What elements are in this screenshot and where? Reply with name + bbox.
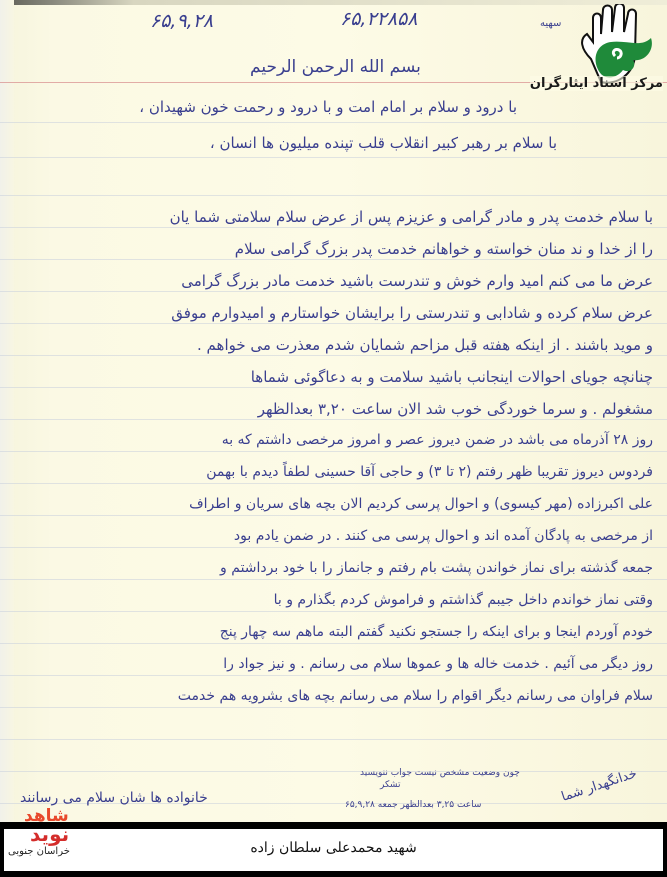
scan-edge bbox=[0, 0, 667, 5]
ruled-line bbox=[0, 611, 667, 612]
ruled-line bbox=[0, 122, 667, 123]
letter-line: روز دیگر می آئیم . خدمت خاله ها و عموها … bbox=[223, 656, 653, 672]
letter-scan: ۶۵,۹,۲۸ ۶۵,۲۲۸۵۸ سهیه بسم الله الرحمن ال… bbox=[0, 0, 667, 822]
reference-note: سهیه bbox=[540, 18, 561, 29]
site-logo: شاهد نوید خراسان جنوبی bbox=[4, 800, 86, 875]
letter-line: از مرخصی به پادگان آمده اند و احوال پرسی… bbox=[234, 528, 653, 544]
site-logo-line2: نوید bbox=[30, 822, 69, 846]
paper-margin bbox=[0, 0, 14, 822]
margin-note: تشکر bbox=[380, 780, 400, 790]
letter-line: روز ۲۸ آذرماه می باشد در ضمن دیروز عصر و… bbox=[222, 432, 653, 448]
letter-line: وقتی نماز خواندم داخل جیبم گذاشتم و فرام… bbox=[274, 592, 653, 608]
ruled-line bbox=[0, 739, 667, 740]
letter-line: عرض ما می کنم امید وارم خوش و تندرست باش… bbox=[181, 272, 653, 290]
ruled-line bbox=[0, 323, 667, 324]
archive-logo-caption: مرکز اسناد ایثارگران bbox=[530, 76, 663, 91]
letter-line: فردوس دیروز تقریبا ظهر رفتم (۲ تا ۳) و ح… bbox=[206, 464, 653, 480]
letter-line: را از خدا و ند منان خواسته و خواهانم خدم… bbox=[235, 240, 653, 258]
ruled-line bbox=[0, 707, 667, 708]
ruled-line bbox=[0, 259, 667, 260]
martyr-name-caption: شهید محمدعلی سلطان زاده bbox=[0, 840, 667, 856]
letter-line: با درود و سلام بر امام امت و با درود و ر… bbox=[139, 98, 517, 116]
letter-opening: بسم الله الرحمن الرحیم bbox=[250, 57, 421, 77]
ruled-line bbox=[0, 483, 667, 484]
ruled-line bbox=[0, 451, 667, 452]
ruled-line bbox=[0, 195, 667, 196]
letter-line: عرض سلام کرده و شادابی و تندرستی را برای… bbox=[171, 304, 653, 322]
closing-note: خدانگهدار شما bbox=[560, 766, 639, 805]
letter-line: سلام فراوان می رسانم دیگر اقوام را سلام … bbox=[178, 688, 653, 704]
letter-line: علی اکبرزاده (مهر کیسوی) و احوال پرسی کر… bbox=[189, 496, 653, 512]
margin-note: چون وضعیت مشخص نیست جواب ننویسید bbox=[360, 768, 520, 778]
ruled-line bbox=[0, 643, 667, 644]
letter-line: خودم آوردم اینجا و برای اینکه را جستجو ن… bbox=[220, 624, 653, 640]
ruled-line bbox=[0, 291, 667, 292]
ruled-line bbox=[0, 419, 667, 420]
ruled-line bbox=[0, 579, 667, 580]
letter-line: چنانچه جویای احوالات اینجانب باشید سلامت… bbox=[251, 368, 653, 386]
letter-line: جمعه گذشته برای نماز خواندن پشت بام رفتم… bbox=[220, 560, 653, 576]
ruled-line bbox=[0, 355, 667, 356]
ruled-line bbox=[0, 515, 667, 516]
letter-line: مشغولم . و سرما خوردگی خوب شد الان ساعت … bbox=[258, 400, 653, 418]
letter-line: با سلام بر رهبر کبیر انقلاب قلب تپنده می… bbox=[210, 134, 557, 152]
margin-note: ساعت ۳,۲۵ بعدالظهر جمعه ۶۵,۹,۲۸ bbox=[345, 800, 481, 810]
ruled-line bbox=[0, 675, 667, 676]
ruled-line bbox=[0, 157, 667, 158]
letter-line: و موید باشند . از اینکه هفته قبل مزاحم ش… bbox=[197, 336, 653, 354]
letter-line: با سلام خدمت پدر و مادر گرامی و عزیزم پس… bbox=[170, 208, 653, 226]
ruled-line bbox=[0, 771, 667, 772]
ruled-line bbox=[0, 547, 667, 548]
site-logo-line3: خراسان جنوبی bbox=[8, 846, 70, 857]
date-number: ۶۵,۹,۲۸ bbox=[150, 10, 213, 32]
ruled-line bbox=[0, 387, 667, 388]
ruled-line bbox=[0, 227, 667, 228]
reference-number: ۶۵,۲۲۸۵۸ bbox=[340, 8, 417, 30]
